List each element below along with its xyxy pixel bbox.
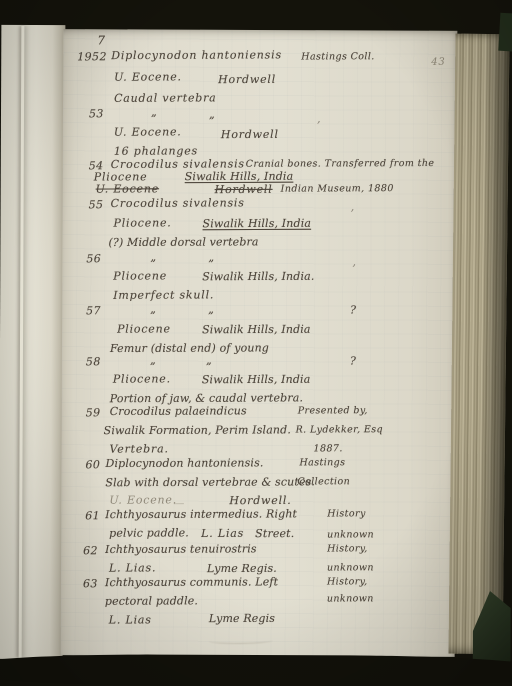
register-text: unknown [327,562,374,573]
entry-number: 59 [86,406,101,419]
register-text: Crocodilus sivalensis [111,196,245,210]
register-text: ? [350,303,357,316]
cover-edge-top-right [498,13,512,52]
entry-number: 61 [85,509,100,522]
register-text: Diplocynodon hantoniensis. [105,456,263,470]
register-text: Crocodilus sivalensis [111,157,245,171]
register-text: Slab with dorsal vertebrae & scutes. [105,475,315,489]
register-text: U. Eocene [96,182,159,195]
register-text: Siwalik Hills, India [202,217,311,230]
register-text: „ [208,251,215,264]
register-text: U. Eocene. [114,70,182,83]
entry-number: 57 [86,304,101,317]
register-text: „ [209,108,216,121]
entry-number: 60 [85,458,100,471]
register-text: unknown [327,529,374,540]
page-number: 43 [431,57,445,68]
register-text: Ichthyosaurus intermedius. Right [105,507,297,521]
corner-mark: 7 [97,33,105,47]
register-text: Diplocynodon hantoniensis [111,48,282,62]
register-text: Portion of jaw, & caudal vertebra. [110,391,303,405]
register-text: „ [150,251,157,264]
register-text: Siwalik Hills, India [202,373,311,386]
register-text: Cranial bones. Transferred from the [246,158,435,170]
register-text: Siwalik Hills, India. [202,270,314,283]
register-text: Hordwell. [229,494,291,507]
open-register-book: 7 43 1952Diplocynodon hantoniensisHastin… [0,0,512,686]
register-text: Vertebra. [110,442,169,455]
register-text: ‚ [351,200,355,213]
register-text: Ichthyosaurus communis. Left [105,575,278,589]
register-text: Collection [297,476,350,487]
register-text: Hordwell [221,128,279,141]
register-text: Imperfect skull. [113,288,214,301]
register-text: Caudal vertebra [114,91,217,104]
register-text: History [327,508,366,519]
register-text: 1887. [314,443,343,454]
register-text: „ [206,354,213,367]
register-text: ‚ [317,112,321,125]
register-text: U. Eocene. [109,493,177,506]
entry-number: 55 [89,198,104,211]
entry-number: 53 [89,107,104,120]
register-text: Hordwell [218,73,276,86]
register-text: Hastings Coll. [301,51,375,62]
fore-edge-page-stack [448,34,509,655]
register-text: ‚ [352,255,356,268]
entry-number: 58 [86,355,101,368]
register-text: L. Lias [109,613,152,626]
register-text: History, [327,543,368,554]
register-text: „ [150,354,157,367]
register-text: Siwalik Hills, India [185,170,294,183]
entry-number: 62 [83,544,98,557]
register-text: „ [151,106,158,119]
register-text: Indian Museum, 1880 [281,183,394,194]
register-text: R. Lydekker, Esq [296,424,383,435]
register-text: L. Lias. [109,561,156,574]
left-page-verso [0,25,65,659]
entry-number: 56 [86,252,101,265]
faint-pencil-mark [209,638,273,645]
register-text: „ [208,303,215,316]
register-text: Street. [255,527,294,540]
register-text: Siwalik Hills, India [202,323,311,336]
register-text: History, [327,576,368,587]
register-text: Crocodilus palaeindicus [110,404,247,418]
shadow-below-book [0,654,512,686]
register-text: (?) Middle dorsal vertebra [108,235,258,249]
register-text: Presented by, [298,405,368,416]
register-text: Pliocene. [113,216,171,229]
entries-layer: 1952Diplocynodon hantoniensisHastings Co… [63,29,457,31]
register-text: unknown [327,593,374,604]
register-text: Lyme Regis [209,612,275,625]
register-text: Ichthyosaurus tenuirostris [105,542,257,556]
register-text: Pliocene. [113,372,171,385]
register-text: pectoral paddle. [105,594,198,607]
register-text: ? [350,354,357,367]
register-text: „ [150,303,157,316]
register-text: Pliocene [113,269,167,282]
register-text: pelvic paddle. [109,526,189,539]
register-text: Hastings [299,457,345,468]
entry-number: 63 [83,577,98,590]
register-text: Pliocene [117,322,171,335]
register-text: Femur (distal end) of young [110,341,269,355]
register-text: 16 phalanges [114,144,198,157]
register-text: Hordwell [215,183,273,196]
entry-number: 1952 [77,50,107,63]
register-text: U. Eocene. [114,125,182,138]
register-page: 7 43 1952Diplocynodon hantoniensisHastin… [61,29,458,657]
register-text: Lyme Regis. [207,562,277,575]
register-text: Siwalik Formation, Perim Island. [104,423,291,437]
register-text: L. Lias [201,527,244,540]
